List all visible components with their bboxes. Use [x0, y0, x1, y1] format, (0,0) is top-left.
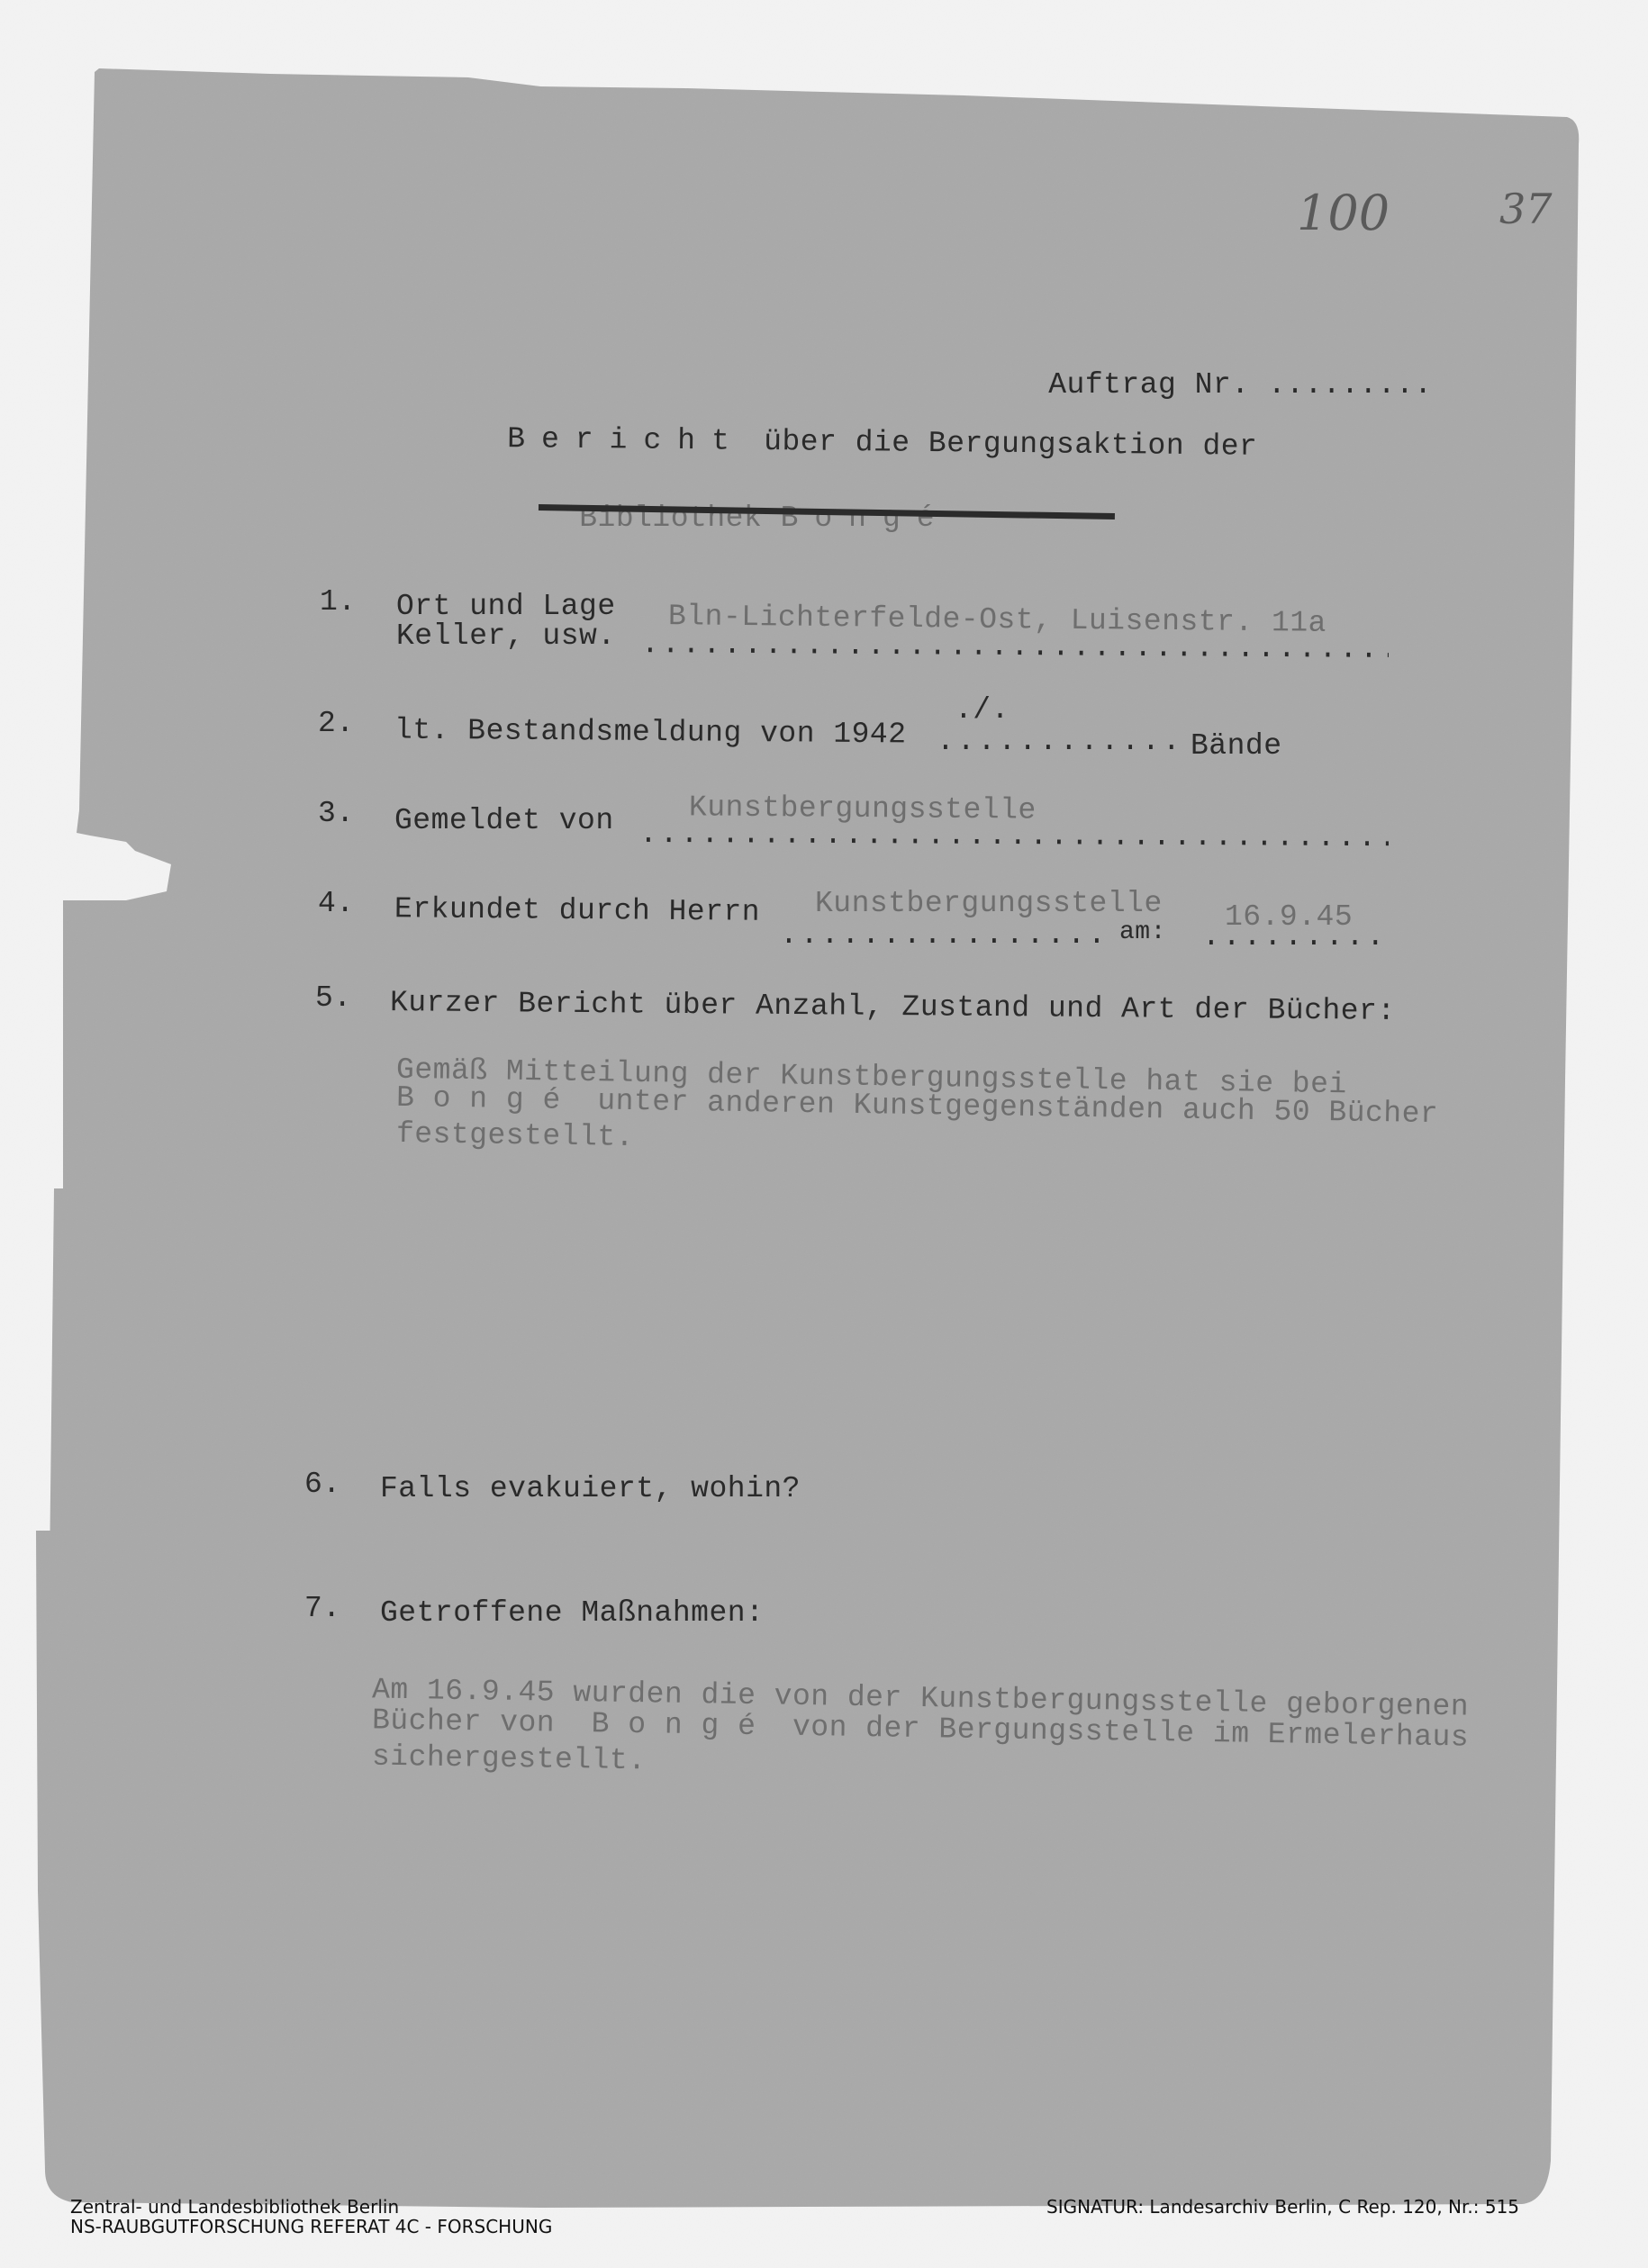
item-7-body-line-3: sichergestellt. [372, 1740, 647, 1778]
item-7-label: Getroffene Maßnahmen: [380, 1596, 764, 1630]
item-4-number: 4. [318, 887, 355, 920]
item-1-number: 1. [320, 585, 357, 619]
footer-left: Zentral- und Landesbibliothek Berlin NS-… [70, 2197, 552, 2236]
item-2-number: 2. [318, 707, 355, 740]
footer-department: NS-RAUBGUTFORSCHUNG REFERAT 4C - FORSCHU… [70, 2216, 552, 2237]
title-rest: über die Bergungsaktion der [764, 425, 1258, 464]
item-3-number: 3. [318, 797, 355, 830]
library-name: Bibliothek Bongé [506, 468, 951, 568]
item-2-dotted-line: .................. [937, 725, 1189, 758]
item-6-number: 6. [304, 1468, 341, 1501]
scanned-paper-sheet: 100 37 Auftrag Nr. ......... Bericht übe… [0, 0, 1648, 2268]
item-1-dotted-line: ........................................… [641, 628, 1389, 666]
item-2-label: lt. Bestandsmeldung von 1942 [394, 714, 907, 752]
item-4-date-dotted-line: .......... [1202, 920, 1382, 953]
order-number-blank: ......... [1268, 368, 1433, 402]
item-2-value: ./. [955, 693, 1010, 727]
item-4-date-label: am: [1119, 918, 1166, 946]
footer-institution: Zentral- und Landesbibliothek Berlin [70, 2196, 399, 2218]
item-1-label-line2: Keller, usw. [396, 619, 616, 653]
item-4-dotted-line: ....................... [780, 918, 1104, 952]
item-2-suffix: Bände [1191, 729, 1282, 763]
item-5-number: 5. [315, 981, 352, 1015]
item-3-dotted-line: ........................................… [639, 818, 1389, 854]
item-3-label: Gemeldet von [394, 804, 614, 837]
title-word-bericht: Bericht [507, 422, 746, 458]
item-5-body-line-3: festgestellt. [396, 1117, 635, 1154]
footer-signature: SIGNATUR: Landesarchiv Berlin, C Rep. 12… [1046, 2197, 1519, 2217]
item-6-label: Falls evakuiert, wohin? [380, 1472, 801, 1505]
item-1-label: Ort und Lage [396, 590, 616, 623]
item-4-value: Kunstbergungsstelle [815, 887, 1163, 920]
item-4-label: Erkundet durch Herrn [394, 892, 760, 929]
item-7-number: 7. [304, 1592, 341, 1625]
handwritten-folio-left: 100 [1297, 185, 1390, 241]
library-name-value: Bongé [781, 501, 951, 535]
handwritten-folio-right: 37 [1499, 185, 1553, 233]
